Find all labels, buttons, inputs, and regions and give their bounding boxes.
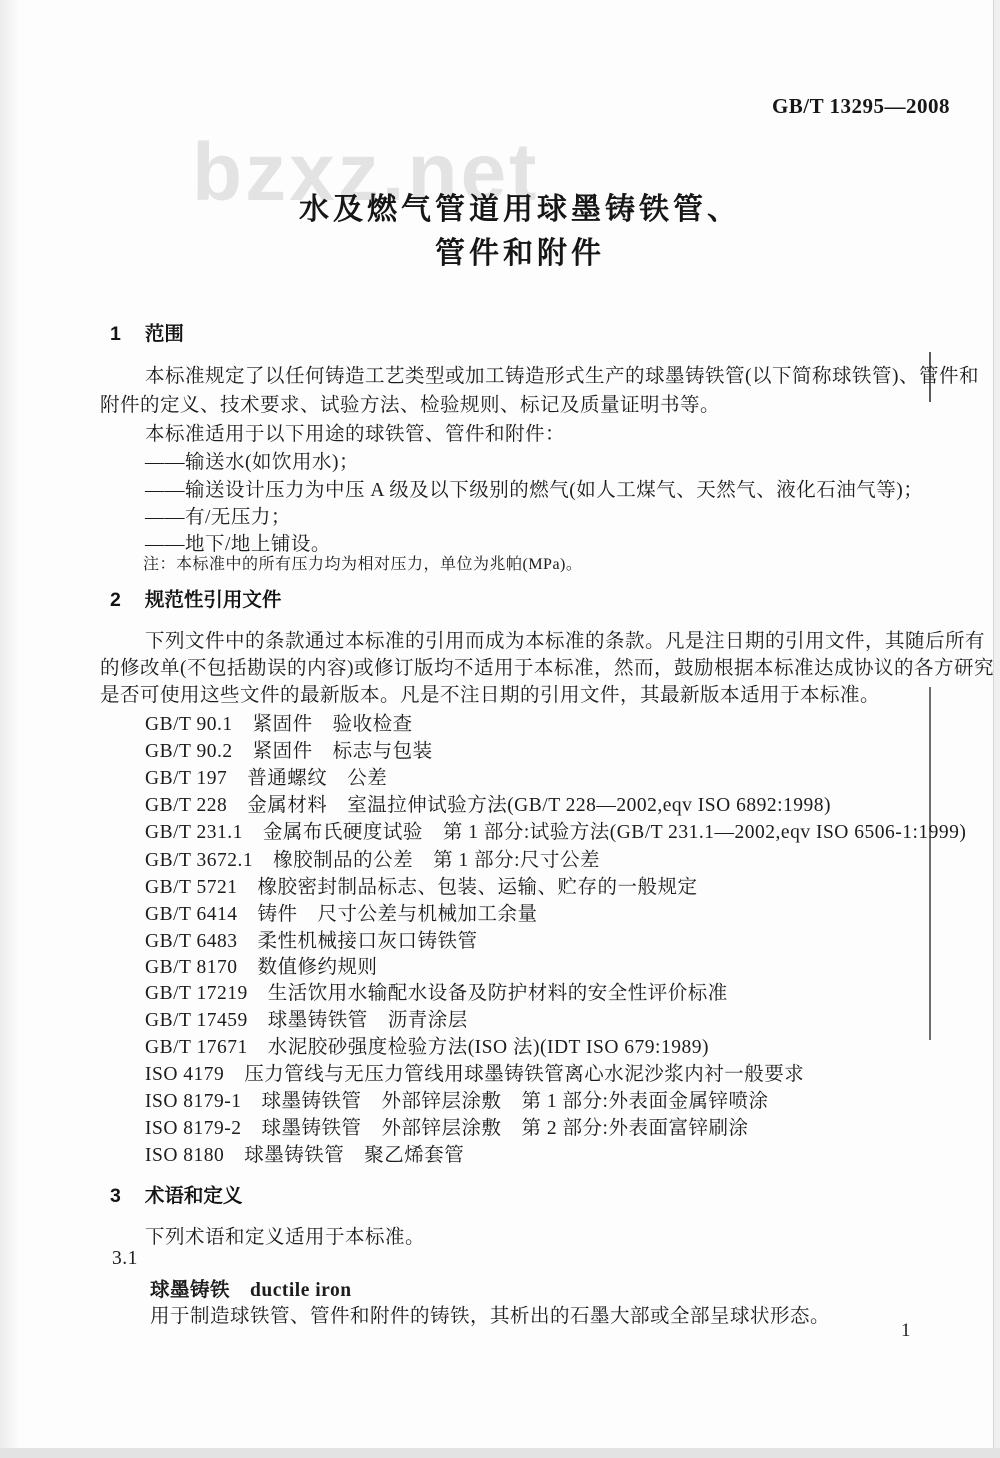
scan-edge-left (0, 0, 20, 1458)
document-page: bzxz.net GB/T 13295—2008 水及燃气管道用球墨铸铁管、 管… (0, 0, 1000, 1458)
standard-code: GB/T 13295—2008 (772, 94, 950, 119)
term-definition: 用于制造球铁管、管件和附件的铸铁，其析出的石墨大部或全部呈球状形态。 (150, 1300, 830, 1328)
list-item: ——输送水(如饮用水)； (145, 446, 359, 474)
reference-item: ISO 8180 球墨铸铁管 聚乙烯套管 (145, 1139, 464, 1167)
term-english: ductile iron (250, 1280, 352, 1301)
section-3-heading: 3术语和定义 (110, 1180, 242, 1208)
change-bar (929, 687, 931, 1040)
section-3-title: 术语和定义 (145, 1185, 243, 1207)
reference-item: ISO 4179 压力管线与无压力管线用球墨铸铁管离心水泥沙浆内衬一般要求 (145, 1058, 804, 1086)
reference-item: GB/T 197 普通螺纹 公差 (145, 762, 387, 790)
paragraph-line: 下列文件中的条款通过本标准的引用而成为本标准的条款。凡是注日期的引用文件，其随后… (145, 625, 985, 653)
reference-item: GB/T 17219 生活饮用水输配水设备及防护材料的安全性评价标准 (145, 977, 728, 1005)
paragraph-line: 本标准适用于以下用途的球铁管、管件和附件： (145, 418, 565, 446)
section-1-heading: 1范围 (110, 318, 184, 346)
section-2-title: 规范性引用文件 (145, 589, 282, 611)
document-title-line1: 水及燃气管道用球墨铸铁管、 (40, 188, 1000, 232)
reference-item: GB/T 17671 水泥胶砂强度检验方法(ISO 法)(IDT ISO 679… (145, 1031, 709, 1059)
section-2-heading: 2规范性引用文件 (110, 584, 281, 612)
reference-item: ISO 8179-2 球墨铸铁管 外部锌层涂敷 第 2 部分:外表面富锌刷涂 (145, 1112, 748, 1140)
paragraph-line: 附件的定义、技术要求、试验方法、检验规则、标记及质量证明书等。 (100, 389, 720, 417)
reference-item: GB/T 228 金属材料 室温拉伸试验方法(GB/T 228—2002,eqv… (145, 789, 831, 817)
reference-item: GB/T 231.1 金属布氏硬度试验 第 1 部分:试验方法(GB/T 231… (145, 816, 966, 844)
reference-item: GB/T 6483 柔性机械接口灰口铸铁管 (145, 925, 477, 953)
note-line: 注：本标准中的所有压力均为相对压力，单位为兆帕(MPa)。 (143, 551, 582, 574)
paragraph-line: 本标准规定了以任何铸造工艺类型或加工铸造形式生产的球墨铸铁管(以下简称球铁管)、… (145, 360, 979, 388)
reference-item: GB/T 17459 球墨铸铁管 沥青涂层 (145, 1004, 468, 1032)
section-2-number: 2 (110, 589, 121, 612)
reference-item: GB/T 5721 橡胶密封制品标志、包装、运输、贮存的一般规定 (145, 871, 697, 899)
reference-item: GB/T 6414 铸件 尺寸公差与机械加工余量 (145, 898, 537, 926)
section-1-number: 1 (110, 323, 121, 346)
reference-item: GB/T 8170 数值修约规则 (145, 951, 377, 979)
reference-item: GB/T 3672.1 橡胶制品的公差 第 1 部分:尺寸公差 (145, 844, 600, 872)
document-title: 水及燃气管道用球墨铸铁管、 管件和附件 (40, 188, 1000, 276)
term-number: 3.1 (112, 1248, 138, 1270)
paragraph-line: 是否可使用这些文件的最新版本。凡是不注日期的引用文件，其最新版本适用于本标准。 (100, 679, 880, 707)
section-1-title: 范围 (145, 323, 184, 345)
term-chinese: 球墨铸铁 (150, 1279, 230, 1301)
page-number: 1 (901, 1320, 911, 1342)
paragraph-line: 下列术语和定义适用于本标准。 (145, 1221, 425, 1249)
reference-item: GB/T 90.1 紧固件 验收检查 (145, 708, 413, 736)
scan-edge-bottom (0, 1448, 1000, 1458)
reference-item: GB/T 90.2 紧固件 标志与包装 (145, 735, 433, 763)
list-item: ——输送设计压力为中压 A 级及以下级别的燃气(如人工煤气、天然气、液化石油气等… (145, 474, 923, 502)
section-3-number: 3 (110, 1185, 121, 1208)
term-line: 球墨铸铁ductile iron (150, 1274, 352, 1302)
reference-item: ISO 8179-1 球墨铸铁管 外部锌层涂敷 第 1 部分:外表面金属锌喷涂 (145, 1085, 768, 1113)
list-item: ——有/无压力； (145, 501, 291, 529)
document-title-line2: 管件和附件 (40, 232, 1000, 276)
paragraph-line: 的修改单(不包括勘误的内容)或修订版均不适用于本标准，然而，鼓励根据本标准达成协… (100, 652, 994, 680)
